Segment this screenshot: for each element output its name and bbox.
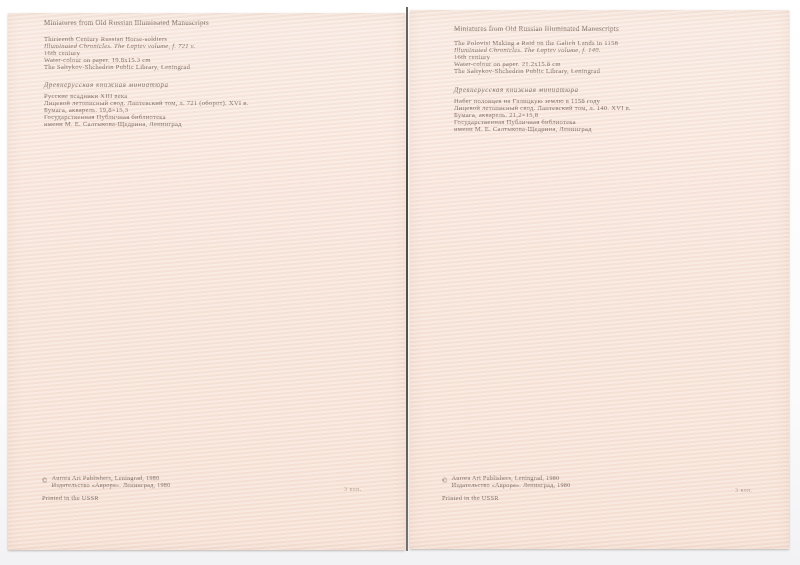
printed-in-ussr: Printed in the USSR bbox=[442, 495, 499, 502]
caption-block-ru: Набег половцев на Галицкую землю в 1158 … bbox=[454, 99, 631, 134]
publisher-lines: Aurora Art Publishers, Leningrad, 1980 И… bbox=[452, 476, 571, 489]
caption-block-en: Thirteenth Century Russian Horse-soldier… bbox=[44, 37, 195, 72]
card-gap-divider bbox=[406, 7, 408, 551]
publisher-imprint: © Aurora Art Publishers, Leningrad, 1980… bbox=[442, 476, 570, 489]
series-title-en: Miniatures from Old Russian Illuminated … bbox=[454, 25, 619, 33]
postcard-right: Miniatures from Old Russian Illuminated … bbox=[410, 10, 789, 549]
publisher-ru: Издательство «Аврора». Ленинград, 1980 bbox=[452, 483, 571, 490]
copyright-icon: © bbox=[442, 477, 448, 485]
series-title-ru: Древнерусская книжная миниатюра bbox=[454, 87, 579, 94]
caption-block-en: The Polovtsi Making a Raid on the Galich… bbox=[454, 41, 618, 76]
artwork-library-ru-line2: имени М. Е. Салтыкова-Щедрина, Ленинград bbox=[44, 122, 248, 129]
publisher-imprint: © Aurora Art Publishers, Leningrad, 1980… bbox=[42, 476, 170, 489]
printed-in-ussr: Printed in the USSR bbox=[42, 495, 99, 502]
price-label: 3 коп. bbox=[344, 487, 362, 493]
artwork-library-en: The Saltykov-Shchedrin Public Library, L… bbox=[454, 69, 618, 76]
postcard-left: Miniatures from Old Russian Illuminated … bbox=[8, 13, 405, 550]
copyright-icon: © bbox=[42, 477, 48, 485]
scanned-postcards-page: Miniatures from Old Russian Illuminated … bbox=[0, 0, 800, 565]
series-title-en: Miniatures from Old Russian Illuminated … bbox=[44, 19, 209, 27]
publisher-ru: Издательство «Аврора». Ленинград, 1980 bbox=[52, 483, 171, 490]
artwork-library-en: The Saltykov-Shchedrin Public Library, L… bbox=[44, 65, 195, 72]
artwork-library-ru-line2: имени М. Е. Салтыкова-Щедрина, Ленинград bbox=[454, 127, 631, 134]
series-title-ru: Древнерусская книжная миниатюра bbox=[44, 82, 169, 89]
price-label: 3 коп. bbox=[735, 488, 753, 494]
publisher-lines: Aurora Art Publishers, Leningrad, 1980 И… bbox=[52, 476, 171, 489]
caption-block-ru: Русские всадники XIII века Лицевой летоп… bbox=[44, 94, 248, 129]
